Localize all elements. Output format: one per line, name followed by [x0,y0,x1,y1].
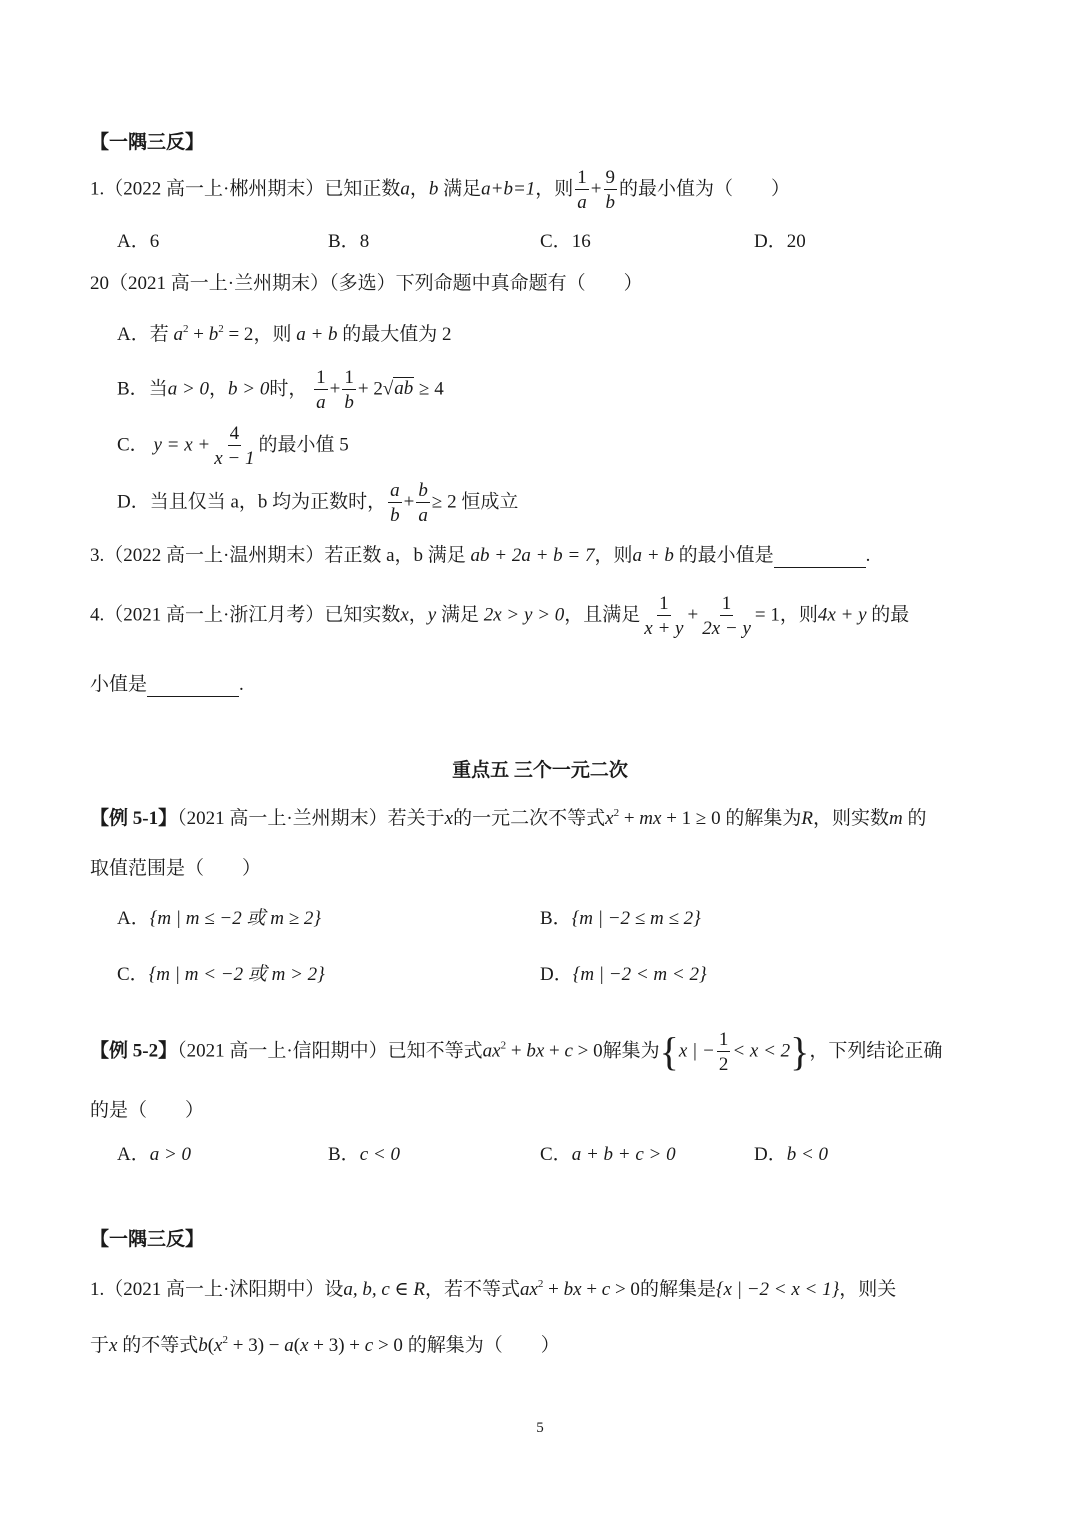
fraction: 12x − y [700,594,753,638]
option-c[interactable]: C．{m | m < −2 或 m > 2} [117,963,325,987]
option-b[interactable]: B．{m | −2 ≤ m ≤ 2} [540,907,701,931]
fraction: ab [388,481,402,525]
question-source: （2021 高一上·兰州期末）（多选） [109,273,396,294]
fraction: 1a [314,368,328,412]
fraction: ba [416,481,430,525]
question-text: 满足 [443,178,481,199]
option-d[interactable]: D．20 [754,230,806,254]
question-text: 已知正数 [324,178,400,199]
section-header-practice: 【一隅三反】 [90,131,204,155]
question-3: 3.（2022 高一上·温州期末）若正数 a，b 满足 ab + 2a + b … [90,544,870,568]
option-c[interactable]: C． y = x +4x − 1的最小值 5 [117,424,349,468]
option-c[interactable]: C．a + b + c > 0 [540,1143,676,1167]
answer-blank[interactable] [774,549,866,568]
option-b[interactable]: B．c < 0 [328,1143,400,1167]
example-5-2: 【例 5-2】（2021 高一上·信阳期中）已知不等式ax2 + bx + c … [90,1030,942,1074]
question-number: 1. [90,178,104,199]
page-number: 5 [0,1420,1080,1437]
fraction: 1x + y [642,594,685,638]
fraction: 4x − 1 [212,424,256,468]
option-a[interactable]: A．若 a2 + b2 = 2，则 a + b 的最大值为 2 [117,323,452,347]
option-c[interactable]: C．16 [540,230,591,254]
section-header-practice: 【一隅三反】 [90,1228,204,1252]
question-2: 20（2021 高一上·兰州期末）（多选）下列命题中真命题有（ ） [90,272,643,296]
option-b[interactable]: B．当a > 0，b > 0时， 1a+1b+ 2√ab ≥ 4 [117,368,444,412]
option-d[interactable]: D．当且仅当 a，b 均为正数时，ab+ba≥ 2 恒成立 [117,481,518,525]
option-a[interactable]: A．a > 0 [117,1143,191,1167]
answer-blank[interactable] [147,678,239,697]
example-tag: 【例 5-1】 [90,808,177,829]
fraction: 1a [575,168,589,212]
example-5-1: 【例 5-1】（2021 高一上·兰州期末）若关于x的一元二次不等式x2 + m… [90,807,926,831]
example-5-1-line2: 取值范围是（ ） [90,857,261,881]
example-5-2-line2: 的是（ ） [90,1099,204,1123]
option-a[interactable]: A．{m | m ≤ −2 或 m ≥ 2} [117,907,321,931]
option-d[interactable]: D．b < 0 [754,1143,828,1167]
question-4: 4.（2021 高一上·浙江月考）已知实数x，y 满足 2x > y > 0，且… [90,594,909,638]
option-d[interactable]: D．{m | −2 < m < 2} [540,963,707,987]
practice-question-1: 1.（2021 高一上·沭阳期中）设a, b, c ∈ R，若不等式ax2 + … [90,1278,896,1302]
fraction: 1b [342,368,356,412]
option-a[interactable]: A．6 [117,230,159,254]
question-4-line2: 小值是. [90,673,244,697]
question-text: ，则 [535,178,573,199]
question-text: 的最小值为（ ） [619,178,790,199]
question-source: （2022 高一上·郴州期末） [104,178,324,199]
fraction: 9b [604,168,618,212]
math-condition: a+b=1 [481,178,535,199]
question-text: 下列命题中真命题有（ ） [396,273,643,294]
example-tag: 【例 5-2】 [90,1040,177,1061]
question-number: 20 [90,273,109,294]
option-b[interactable]: B．8 [328,230,369,254]
practice-question-1-line2: 于x 的不等式b(x2 + 3) − a(x + 3) + c > 0 的解集为… [90,1334,560,1358]
section-title: 重点五 三个一元二次 [0,759,1080,783]
question-1: 1.（2022 高一上·郴州期末）已知正数a，b 满足a+b=1，则1a+9b的… [90,168,790,212]
fraction: 12 [717,1030,731,1074]
